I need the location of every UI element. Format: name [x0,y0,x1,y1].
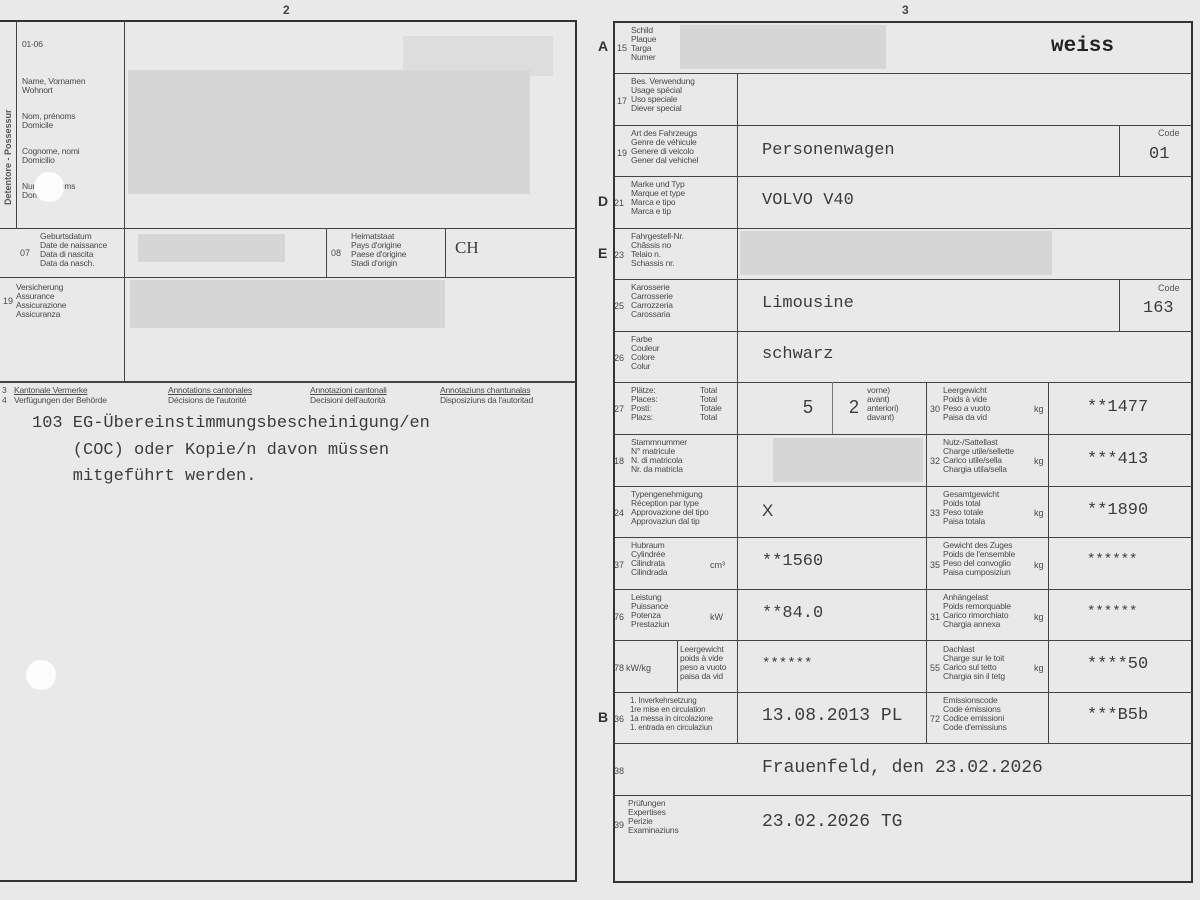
seats-total-value: 5 [803,397,813,418]
first-registration-field-number: 36 [614,714,624,724]
row-divider [614,640,1192,641]
roof-load-field-number: 55 [930,663,940,673]
power-ratio-label: paisa da vid [680,672,723,681]
first-registration-value: 13.08.2013 PL [762,706,902,726]
page-number-right: 3 [902,3,909,17]
row-divider [614,692,1192,693]
displacement-value: **1560 [762,552,823,571]
towing-load-label: Chargia annexa [943,620,1000,629]
row-divider [614,743,1192,744]
make-model-letter: D [598,193,608,209]
plate-color-value: weiss [1051,35,1114,58]
displacement-unit: cm³ [710,560,725,570]
plate-label: Numer [631,53,656,62]
vehicle-type-code-label: Code [1158,128,1180,138]
body-label: Carossaria [631,310,670,319]
chassis-field-number: 23 [614,250,624,260]
vehicle-type-field-number: 19 [617,148,627,158]
chassis-redacted [740,231,1052,275]
first-registration-label: 1a messa in circolazione [630,714,713,723]
mid-divider [926,382,927,743]
label-column-divider [124,21,125,381]
plate-field-number: 15 [617,43,627,53]
make-model-value: VOLVO V40 [762,191,854,210]
total-weight-field-number: 33 [930,508,940,518]
payload-value: ***413 [1087,450,1148,469]
annotation-subheading-rm: Disposiziuns da l'autoritad [440,396,533,405]
emission-code-label: Code d'emissiuns [943,723,1007,732]
chassis-letter: E [598,245,607,261]
type-approval-value: X [762,501,773,521]
make-model-label: Marca e tip [631,207,671,216]
color-value: schwarz [762,345,833,364]
power-unit: kW [710,612,723,622]
side-label-divider [16,21,17,228]
holder-redacted [403,36,553,76]
label-column-divider [737,73,738,743]
row-divider [614,434,1192,435]
seats-field-number: 27 [614,404,624,414]
body-field-number: 25 [614,301,624,311]
emission-code-value: ***B5b [1087,706,1148,725]
empty-weight-field-number: 30 [930,404,940,414]
first-registration-label: 1re mise en circulation [630,705,705,714]
towing-load-unit: kg [1034,612,1044,622]
row-divider [614,73,1192,74]
empty-weight-unit: kg [1034,404,1044,414]
seats-front-label: davant) [867,413,894,422]
holder-redacted [128,70,530,194]
emission-code-field-number: 72 [930,714,940,724]
row-divider [614,486,1192,487]
displacement-field-number: 37 [614,560,624,570]
type-approval-field-number: 24 [614,508,624,518]
annotation-number: 4 [2,396,7,405]
birthdate-redacted [138,234,285,262]
annotation-subheading-it: Decisioni dell'autorità [310,396,385,405]
registry-redacted [773,438,923,482]
payload-unit: kg [1034,456,1044,466]
row-divider [0,277,576,278]
annotation-heading-rm: Annotaziuns chantunalas [440,386,530,395]
origin-label: Stadi d'origin [351,259,397,268]
row-divider [326,228,327,277]
empty-weight-label: Paisa da vid [943,413,987,422]
annotation-heading-de: Kantonale Vermerke [14,386,87,395]
special-use-field-number: 17 [617,96,627,106]
row-divider [614,537,1192,538]
row-divider [614,382,1192,383]
body-code: 163 [1143,299,1174,318]
row-divider [614,331,1192,332]
annotation-subheading-fr: Décisions de l'autorité [168,396,246,405]
power-label: Prestaziun [631,620,669,629]
right-page: 3 A 15 Schild Plaque Targa Numer weiss 1… [596,0,1200,900]
power-field-number: 76 [614,612,624,622]
annotation-subheading-de: Verfügungen der Behörde [14,396,107,405]
power-ratio-field-number: 78 [614,663,624,673]
payload-label: Chargia utila/sella [943,465,1007,474]
power-ratio-value: ****** [762,656,812,672]
first-registration-label: 1. Inverkehrsetzung [630,696,696,705]
origin-field-number: 08 [331,248,341,258]
left-page: 2 Detentore - Possessur 01-06 Name, Vorn… [0,0,596,900]
insurance-redacted [130,280,445,328]
seats-divider [832,382,833,434]
registry-field-number: 18 [614,456,624,466]
towing-load-field-number: 31 [930,612,940,622]
birthdate-label: Data da nasch. [40,259,94,268]
train-weight-unit: kg [1034,560,1044,570]
color-label: Colur [631,362,650,371]
inspections-field-number: 39 [614,820,624,830]
row-divider [614,589,1192,590]
type-approval-label: Approvaziun dal tip [631,517,700,526]
power-value: **84.0 [762,604,823,623]
seats-front-value: 2 [849,397,859,418]
train-weight-value: ****** [1087,552,1137,568]
roof-load-label: Chargia sin il tetg [943,672,1005,681]
body-value: Limousine [762,294,854,313]
special-use-label: Diever special [631,104,682,113]
seats-label: Plazs: [631,413,653,422]
body-code-label: Code [1158,283,1180,293]
page-number-left: 2 [283,3,290,17]
towing-load-value: ****** [1087,604,1137,620]
origin-value: CH [455,238,479,258]
displacement-label: Cilindrada [631,568,667,577]
punch-hole [26,660,56,690]
holder-label: Wohnort [22,86,53,95]
inspections-value: 23.02.2026 TG [762,812,902,832]
train-weight-label: Paisa cumposiziun [943,568,1010,577]
row-divider [614,279,1192,280]
annotation-number: 3 [2,386,7,395]
make-model-field-number: 21 [614,198,624,208]
section-divider [0,381,576,383]
vehicle-type-value: Personenwagen [762,141,895,160]
right-value-divider [1048,382,1049,743]
roof-load-unit: kg [1034,663,1044,673]
annotation-heading-it: Annotazioni cantonali [310,386,387,395]
registry-label: Nr. da matricla [631,465,683,474]
holder-label: Domicilio [22,156,55,165]
vehicle-type-label: Gener dal vehichel [631,156,698,165]
train-weight-field-number: 35 [930,560,940,570]
birthdate-field-number: 07 [20,248,30,258]
row-divider [614,125,1192,126]
row-divider [614,228,1192,229]
total-weight-value: **1890 [1087,501,1148,520]
power-ratio-divider [677,640,678,692]
annotation-heading-fr: Annotations cantonales [168,386,252,395]
row-divider [445,228,446,277]
place-date-field-number: 38 [614,766,624,776]
power-ratio-unit: kW/kg [626,663,651,673]
code-divider [1119,125,1120,176]
chassis-label: Schassis nr. [631,259,674,268]
total-weight-unit: kg [1034,508,1044,518]
payload-field-number: 32 [930,456,940,466]
place-date-value: Frauenfeld, den 23.02.2026 [762,758,1043,778]
holder-label: Domicile [22,121,53,130]
vehicle-type-code: 01 [1149,145,1169,164]
color-field-number: 26 [614,353,624,363]
punch-hole [34,172,64,202]
first-registration-label: 1. entrada en circulaziun [630,723,712,732]
annotation-text-line: 103 EG-Übereinstimmungsbescheinigung/en [32,414,430,433]
roof-load-value: ****50 [1087,655,1148,674]
holder-field-number: 01-06 [22,40,43,49]
row-divider [0,228,576,229]
first-registration-letter: B [598,709,608,725]
row-divider [614,795,1192,796]
holder-side-label: Detentore - Possessur [3,109,13,205]
empty-weight-value: **1477 [1087,398,1148,417]
plate-redacted [680,25,886,69]
annotation-text-line: mitgeführt werden. [32,467,256,486]
total-weight-label: Paisa totala [943,517,985,526]
seats-total-label: Total [700,413,717,422]
inspections-label: Examinaziuns [628,826,679,835]
insurance-field-number: 19 [3,296,13,306]
plate-letter: A [598,38,608,54]
insurance-label: Assicuranza [16,310,60,319]
annotation-text-line: (COC) oder Kopie/n davon müssen [32,441,389,460]
row-divider [614,176,1192,177]
code-divider [1119,279,1120,331]
